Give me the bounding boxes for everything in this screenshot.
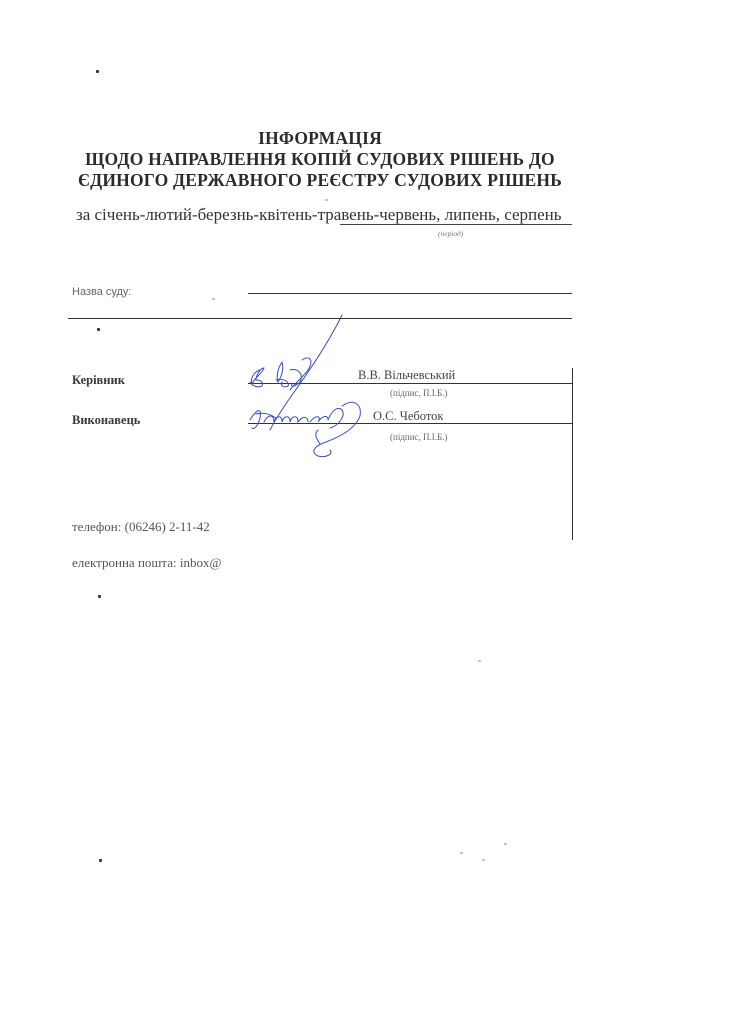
document-subtitle-line-2: ЄДИНОГО ДЕРЖАВНОГО РЕЄСТРУ СУДОВИХ РІШЕН…: [0, 170, 640, 191]
scan-speck: [96, 70, 99, 73]
handwritten-signatures: [230, 310, 380, 460]
period-text: за січень-лютий-березнь-квітень-травень-…: [76, 205, 562, 225]
scan-speck: [478, 660, 481, 662]
contact-phone: телефон: (06246) 2-11-42: [72, 519, 210, 535]
scan-speck: [482, 859, 485, 861]
scan-speck: [97, 328, 100, 331]
period-underline: [340, 224, 572, 225]
scan-speck: [504, 843, 507, 845]
head-role-label: Керівник: [72, 373, 125, 388]
court-name-field-line: [248, 293, 572, 294]
scan-speck: [212, 298, 215, 300]
document-subtitle-line-1: ЩОДО НАПРАВЛЕННЯ КОПІЙ СУДОВИХ РІШЕНЬ ДО: [0, 149, 640, 170]
scan-speck: [460, 852, 463, 854]
head-signature-caption: (підпис, П.І.Б.): [390, 388, 447, 398]
scan-speck: [325, 199, 328, 201]
scan-speck: [98, 595, 101, 598]
executor-name: О.С. Чеботок: [373, 409, 443, 424]
scan-speck: [99, 859, 102, 862]
table-border-line: [572, 368, 573, 540]
contact-email: електронна пошта: inbox@: [72, 555, 221, 571]
period-caption: (період): [438, 229, 463, 238]
document-title: ІНФОРМАЦІЯ: [0, 128, 640, 149]
executor-role-label: Виконавець: [72, 413, 140, 428]
executor-signature-caption: (підпис, П.І.Б.): [390, 432, 447, 442]
court-name-label: Назва суду:: [72, 286, 132, 298]
